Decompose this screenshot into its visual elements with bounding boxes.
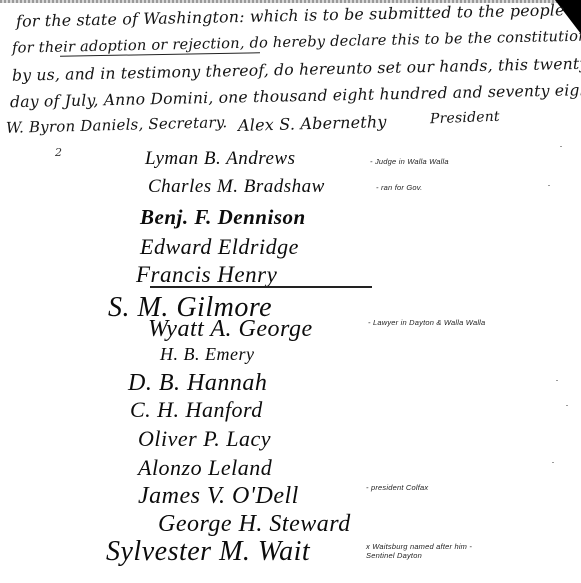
scan-speck — [556, 380, 558, 381]
signature-odell: James V. O'Dell — [138, 483, 299, 510]
margin-mark: 2 — [55, 146, 62, 159]
signature-wait: Sylvester M. Wait — [106, 536, 310, 568]
body-line-4: day of July, Anno Domini, one thousand e… — [10, 81, 581, 111]
scan-speck — [560, 146, 562, 147]
signature-leland: Alonzo Leland — [138, 455, 272, 481]
secretary-signature: W. Byron Daniels, Secretary. — [6, 113, 228, 137]
body-line-3: by us, and in testimony thereof, do here… — [12, 53, 581, 85]
signature-emery: H. B. Emery — [160, 344, 254, 365]
president-signature: Alex S. Abernethy — [238, 112, 387, 135]
signature-hanford: C. H. Hanford — [130, 397, 263, 423]
signature-eldridge: Edward Eldridge — [140, 234, 299, 260]
signature-henry: Francis Henry — [136, 262, 277, 288]
signature-hannah: D. B. Hannah — [128, 370, 267, 397]
underline-henry — [150, 286, 372, 288]
body-line-2: for their adoption or rejection, do here… — [12, 26, 581, 56]
scan-speck — [566, 405, 568, 406]
note-odell: - president Colfax — [366, 483, 428, 492]
note-george: - Lawyer in Dayton & Walla Walla — [368, 318, 485, 327]
scan-speck — [552, 462, 554, 463]
note-bradshaw: - ran for Gov. — [376, 183, 422, 192]
signature-bradshaw: Charles M. Bradshaw — [148, 176, 325, 198]
signature-andrews: Lyman B. Andrews — [145, 148, 295, 170]
signature-dennison: Benj. F. Dennison — [140, 205, 306, 230]
president-title: President — [430, 109, 500, 127]
signature-steward: George H. Steward — [158, 511, 351, 538]
note-andrews: - Judge in Walla Walla — [370, 157, 449, 166]
signature-george: Wyatt A. George — [148, 316, 313, 343]
document-page: for the state of Washington: which is to… — [0, 0, 581, 583]
signature-lacy: Oliver P. Lacy — [138, 426, 271, 452]
note-wait: x Waitsburg named after him - Sentinel D… — [366, 542, 486, 560]
body-line-1: for the state of Washington: which is to… — [16, 0, 565, 30]
scan-speck — [548, 185, 550, 186]
